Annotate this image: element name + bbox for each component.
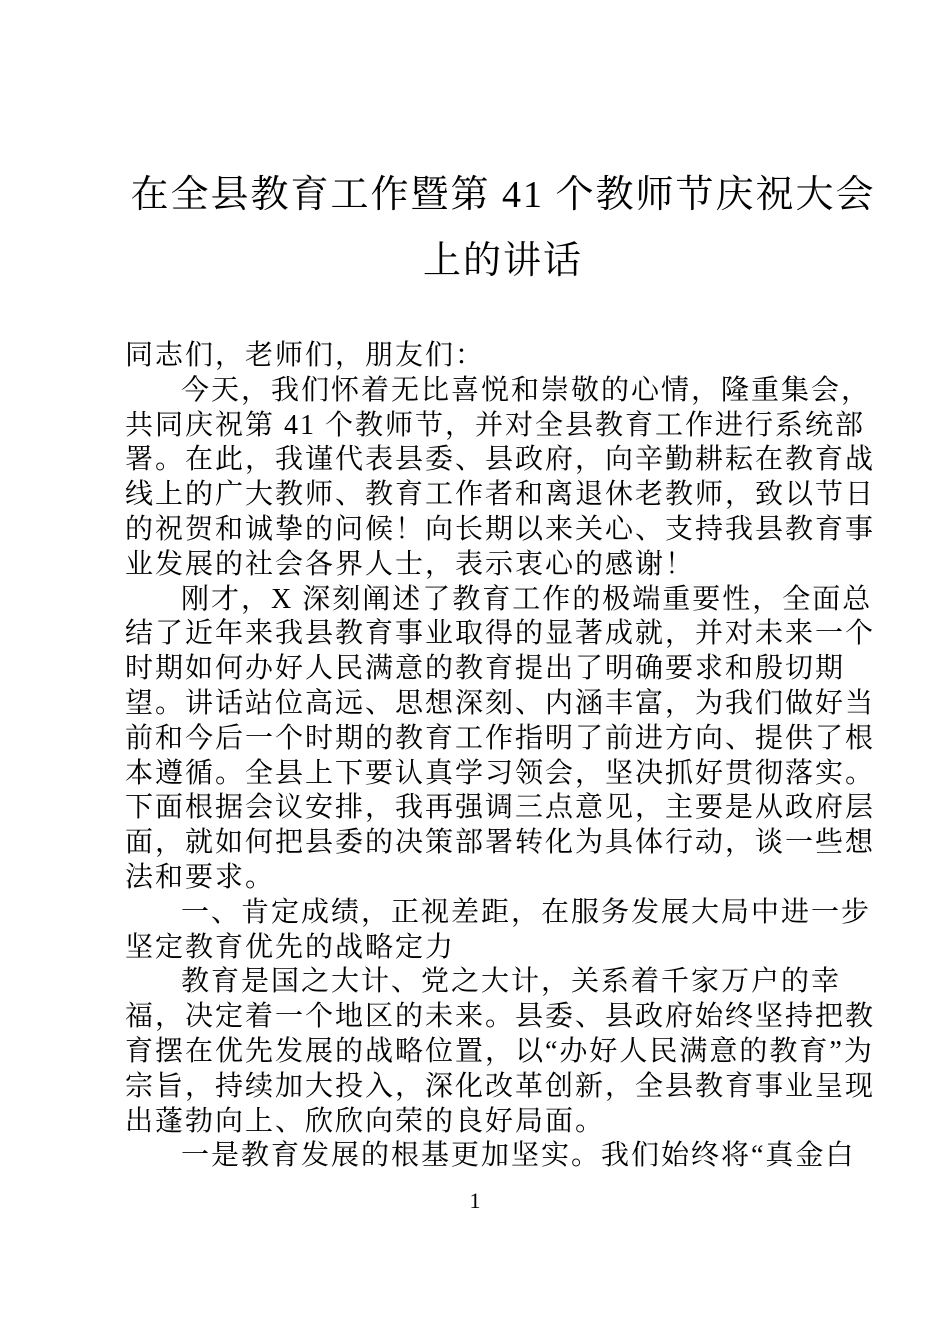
paragraph: 刚才，X 深刻阐述了教育工作的极端重要性，全面总结了近年来我县教育事业取得的显著… (125, 583, 881, 896)
paragraph: 同志们，老师们，朋友们： (125, 339, 881, 374)
page-number: 1 (0, 1188, 950, 1214)
paragraphs: 同志们，老师们，朋友们：今天，我们怀着无比喜悦和崇敬的心情，隆重集会，共同庆祝第… (125, 339, 881, 1174)
document-content: 在全县教育工作暨第 41 个教师节庆祝大会上的讲话 同志们，老师们，朋友们：今天… (0, 0, 950, 1174)
paragraph: 一是教育发展的根基更加坚实。我们始终将“真金白 (125, 1139, 881, 1174)
paragraph: 今天，我们怀着无比喜悦和崇敬的心情，隆重集会，共同庆祝第 41 个教师节，并对全… (125, 374, 881, 583)
document-page: 在全县教育工作暨第 41 个教师节庆祝大会上的讲话 同志们，老师们，朋友们：今天… (0, 0, 950, 1344)
section-heading: 一、肯定成绩，正视差距，在服务发展大局中进一步坚定教育优先的战略定力 (125, 896, 881, 966)
paragraph: 教育是国之大计、党之大计，关系着千家万户的幸福，决定着一个地区的未来。县委、县政… (125, 965, 881, 1139)
document-title: 在全县教育工作暨第 41 个教师节庆祝大会上的讲话 (125, 162, 881, 294)
